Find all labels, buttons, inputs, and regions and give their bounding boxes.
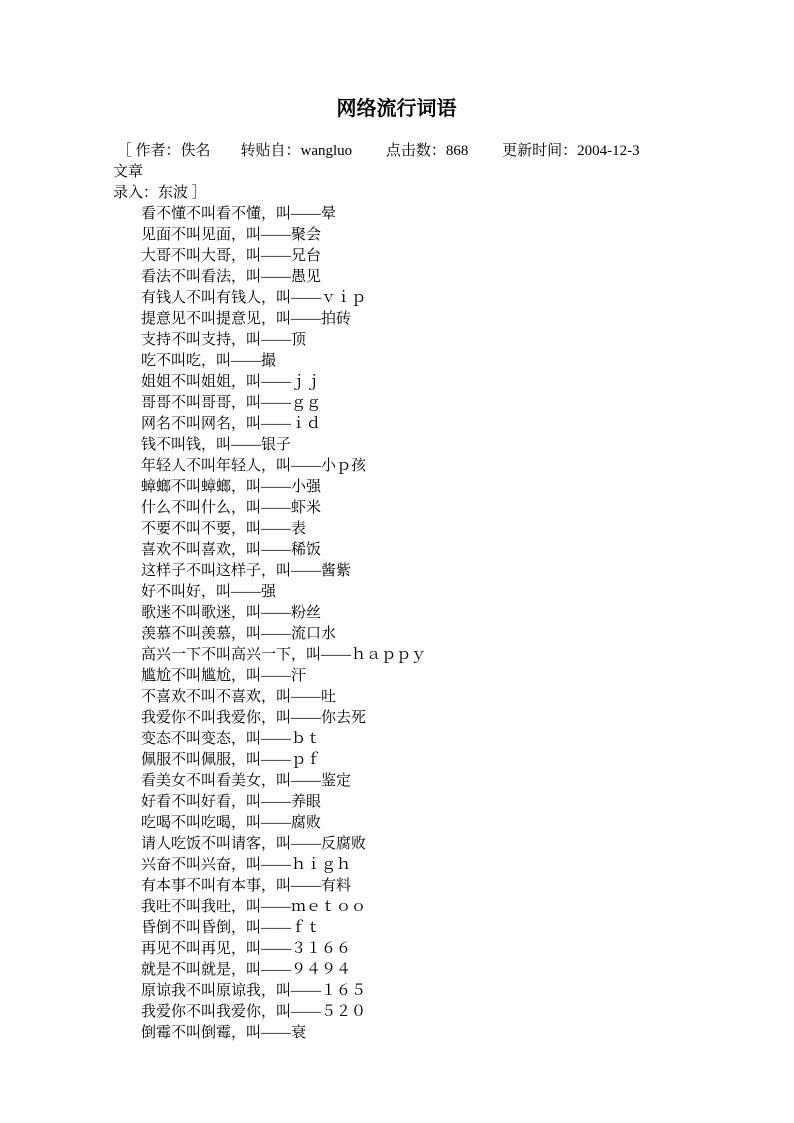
phrase-list-item: 什么不叫什么，叫——虾米 [113,498,680,519]
phrase-list-item: 变态不叫变态，叫——ｂｔ [113,729,680,750]
phrase-list-item: 有钱人不叫有钱人，叫——ｖｉｐ [113,288,680,309]
phrase-list-item: 请人吃饭不叫请客，叫——反腐败 [113,834,680,855]
phrase-list-item: 看美女不叫看美女，叫——鉴定 [113,771,680,792]
phrase-list-item: 尴尬不叫尴尬，叫——汗 [113,666,680,687]
phrase-list-item: 看法不叫看法，叫——愚见 [113,267,680,288]
document-page: 网络流行词语 ［ 作者：佚名 转贴自：wangluo 点击数：868 更新时间：… [0,0,794,1123]
phrase-list-item: 大哥不叫大哥，叫——兄台 [113,246,680,267]
phrase-list-item: 羡慕不叫羡慕，叫——流口水 [113,624,680,645]
phrase-list-item: 姐姐不叫姐姐，叫——ｊｊ [113,372,680,393]
phrase-list-item: 有本事不叫有本事，叫——有料 [113,876,680,897]
phrase-list-item: 网名不叫网名，叫——ｉｄ [113,414,680,435]
phrase-list-item: 就是不叫就是，叫——９４９４ [113,960,680,981]
phrase-list-item: 好看不叫好看，叫——养眼 [113,792,680,813]
phrase-list: 看不懂不叫看不懂，叫——晕见面不叫见面，叫——聚会大哥不叫大哥，叫——兄台看法不… [113,204,680,1044]
phrase-list-item: 好不叫好，叫——强 [113,582,680,603]
phrase-list-item: 钱不叫钱，叫——银子 [113,435,680,456]
phrase-list-item: 我爱你不叫我爱你，叫——你去死 [113,708,680,729]
phrase-list-item: 不要不叫不要，叫——表 [113,519,680,540]
phrase-list-item: 支持不叫支持，叫——顶 [113,330,680,351]
phrase-list-item: 年轻人不叫年轻人，叫——小ｐ孩 [113,456,680,477]
phrase-list-item: 歌迷不叫歌迷，叫——粉丝 [113,603,680,624]
page-title: 网络流行词语 [113,97,680,121]
phrase-list-item: 我吐不叫我吐，叫——ｍｅｔｏｏ [113,897,680,918]
phrase-list-item: 哥哥不叫哥哥，叫——ｇｇ [113,393,680,414]
phrase-list-item: 兴奋不叫兴奋，叫——ｈｉｇｈ [113,855,680,876]
phrase-list-item: 提意见不叫提意见，叫——拍砖 [113,309,680,330]
phrase-list-item: 吃不叫吃，叫——撮 [113,351,680,372]
phrase-list-item: 佩服不叫佩服，叫——ｐｆ [113,750,680,771]
article-meta: ［ 作者：佚名 转贴自：wangluo 点击数：868 更新时间：2004-12… [113,141,680,204]
phrase-list-item: 见面不叫见面，叫——聚会 [113,225,680,246]
phrase-list-item: 蟑螂不叫蟑螂，叫——小强 [113,477,680,498]
phrase-list-item: 喜欢不叫喜欢，叫——稀饭 [113,540,680,561]
phrase-list-item: 昏倒不叫昏倒，叫——ｆｔ [113,918,680,939]
phrase-list-item: 吃喝不叫吃喝，叫——腐败 [113,813,680,834]
phrase-list-item: 高兴一下不叫高兴一下，叫——ｈａｐｐｙ [113,645,680,666]
phrase-list-item: 原谅我不叫原谅我，叫——１６５ [113,981,680,1002]
phrase-list-item: 这样子不叫这样子，叫——酱紫 [113,561,680,582]
phrase-list-item: 再见不叫再见，叫——３１６６ [113,939,680,960]
meta-line-1: ［ 作者：佚名 转贴自：wangluo 点击数：868 更新时间：2004-12… [113,141,680,183]
phrase-list-item: 不喜欢不叫不喜欢，叫——吐 [113,687,680,708]
phrase-list-item: 看不懂不叫看不懂，叫——晕 [113,204,680,225]
phrase-list-item: 我爱你不叫我爱你，叫——５２０ [113,1002,680,1023]
phrase-list-item: 倒霉不叫倒霉，叫——衰 [113,1023,680,1044]
meta-line-2: 录入：东波 ］ [113,183,680,204]
